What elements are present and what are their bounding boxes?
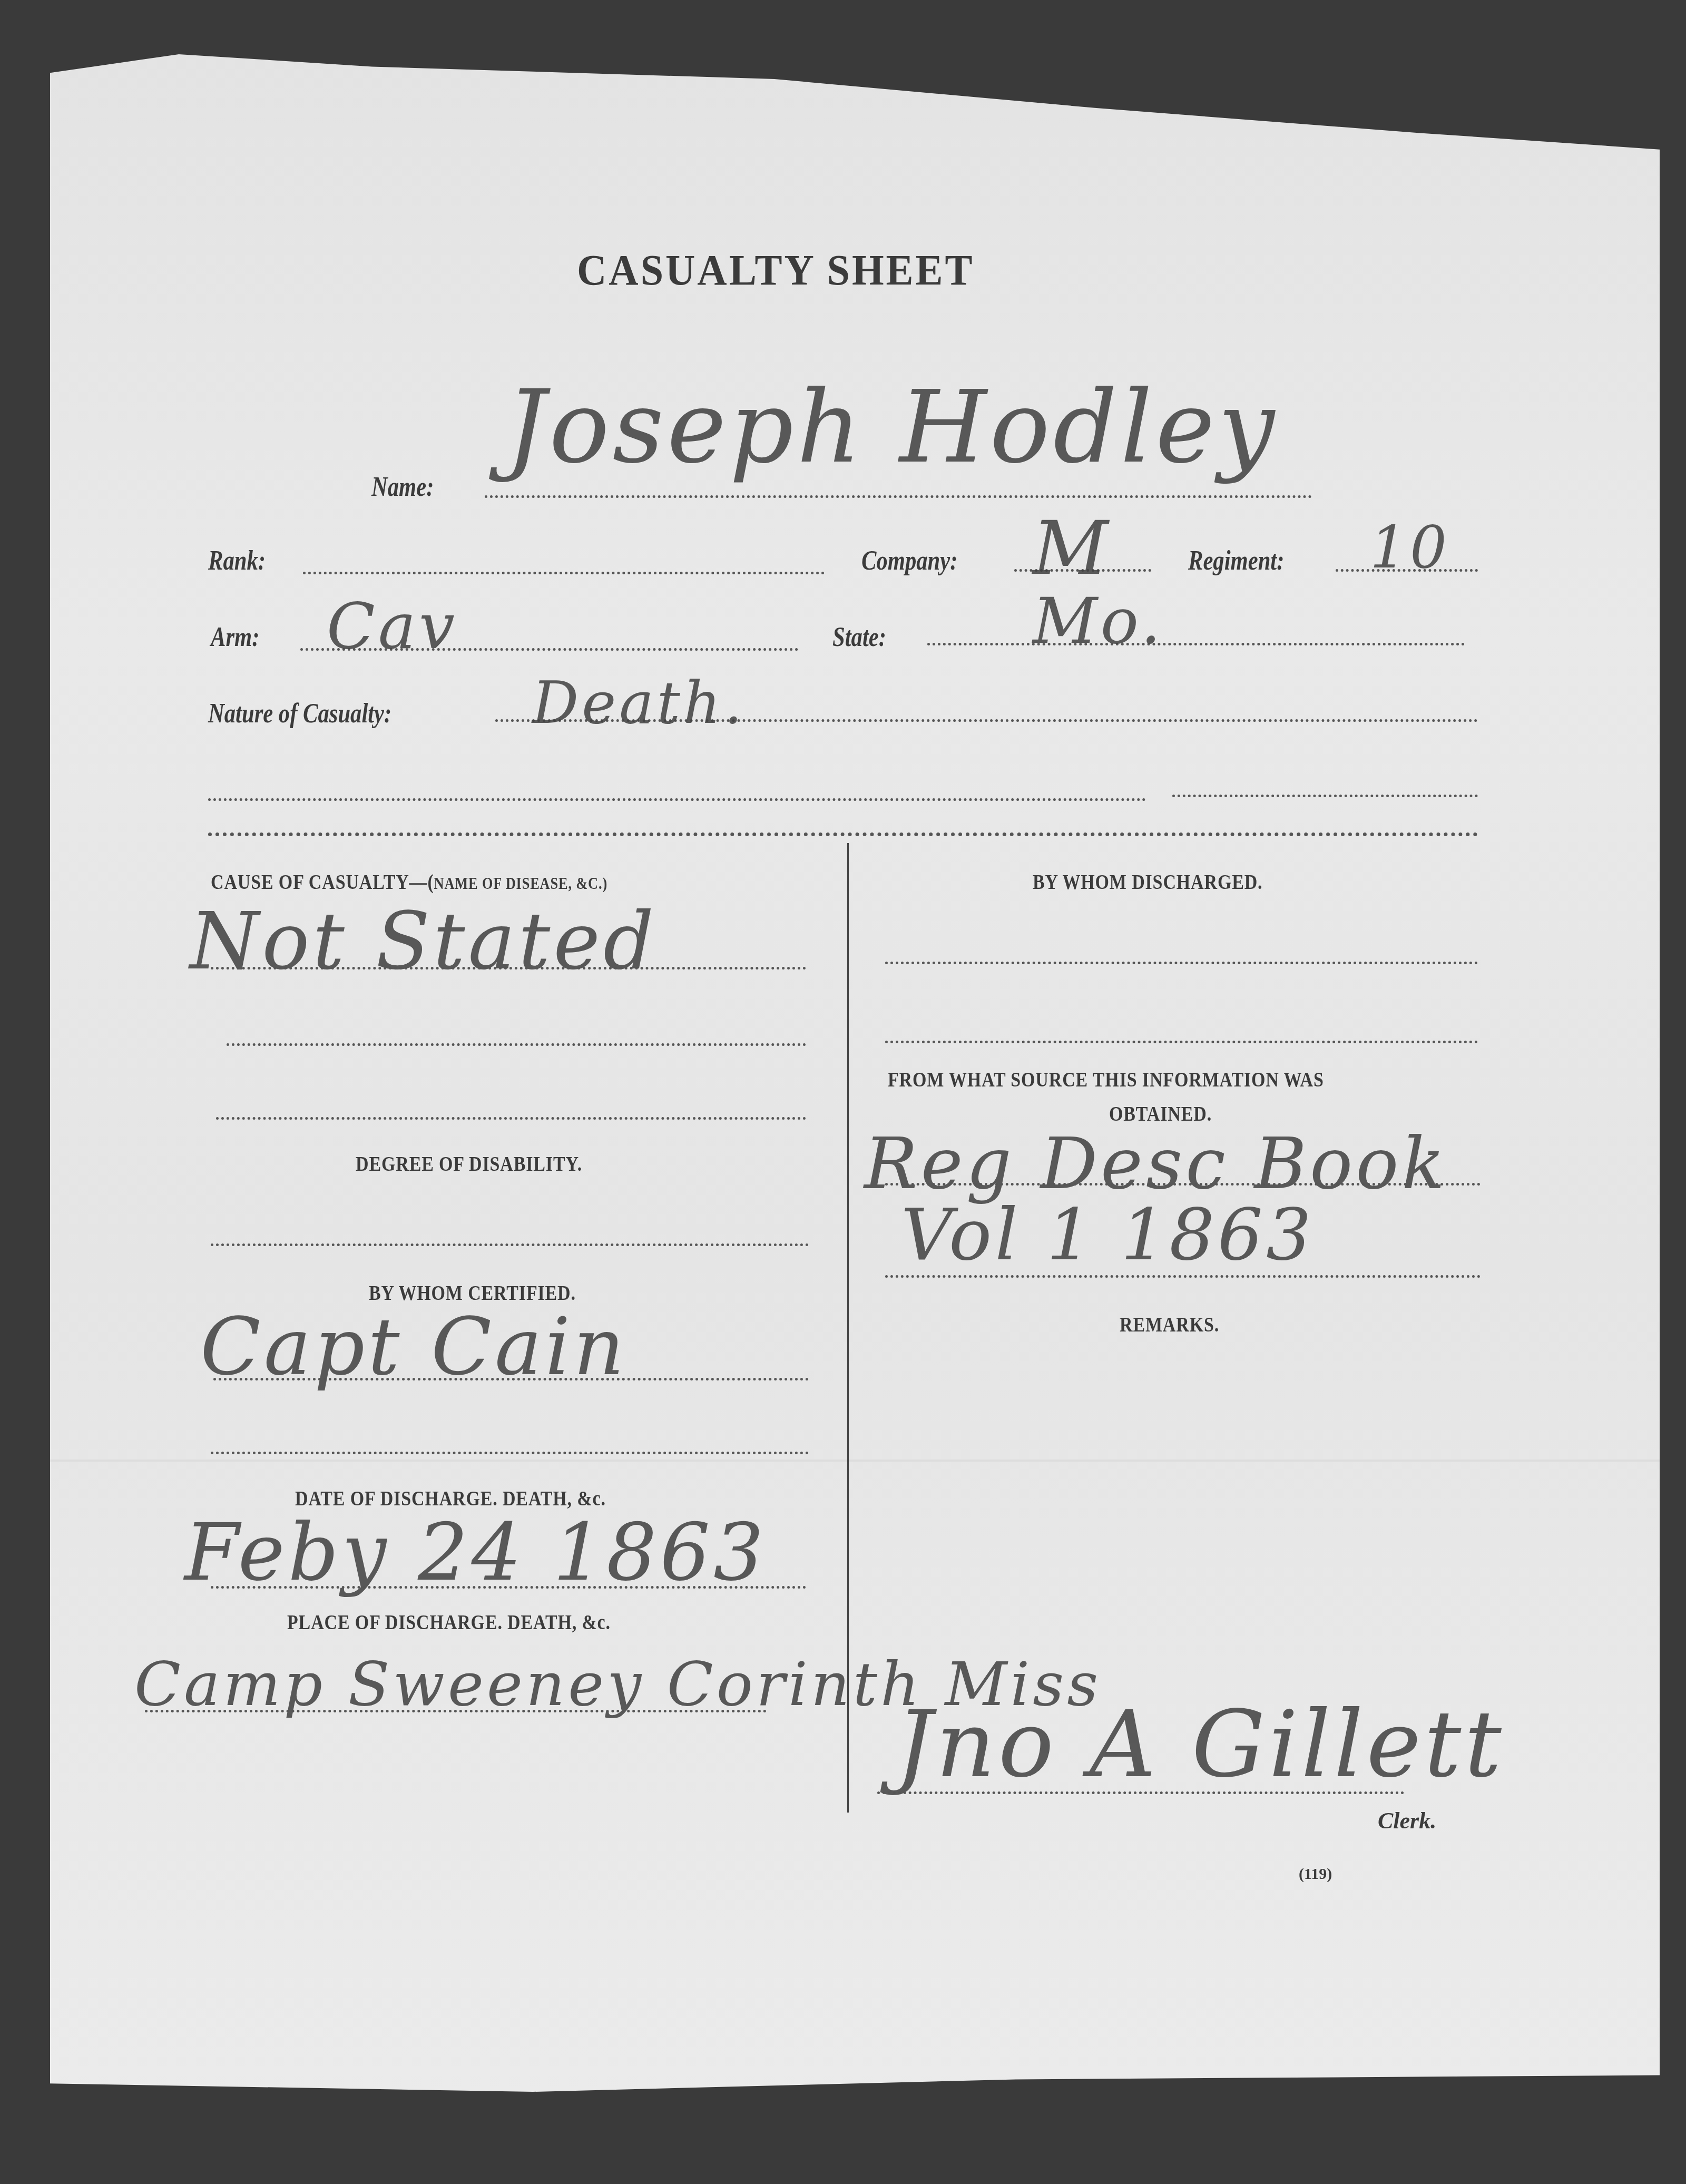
name-line <box>485 495 1312 498</box>
clerk-label: Clerk. <box>1378 1807 1436 1834</box>
cause-line <box>211 967 806 969</box>
degree-of-disability-heading: DEGREE OF DISABILITY. <box>356 1151 582 1176</box>
by-whom-discharged-heading: BY WHOM DISCHARGED. <box>1033 869 1262 894</box>
degree-line <box>211 1243 809 1246</box>
signature-line <box>877 1791 1404 1794</box>
nature-of-casualty-label: Nature of Casualty: <box>208 698 391 729</box>
source-line-2 <box>885 1275 1481 1278</box>
nature-of-casualty-value: Death. <box>532 669 746 737</box>
company-label: Company: <box>861 545 957 576</box>
certified-line <box>213 1378 809 1380</box>
cause-line-2 <box>227 1043 806 1046</box>
document-title: CASUALTY SHEET <box>577 246 975 296</box>
arm-value: Cav <box>327 590 458 663</box>
company-value: M <box>1033 506 1111 592</box>
section-divider <box>208 833 1478 836</box>
state-label: State: <box>832 622 886 653</box>
regiment-label: Regiment: <box>1188 545 1284 576</box>
regiment-value: 10 <box>1370 514 1450 581</box>
arm-label: Arm: <box>211 622 259 653</box>
blank-line <box>1172 795 1478 797</box>
form-number: (119) <box>1299 1865 1332 1883</box>
remarks-heading: REMARKS. <box>1120 1312 1219 1337</box>
blank-line <box>208 798 1146 801</box>
certified-line-2 <box>211 1452 809 1454</box>
name-value: Joseph Hodley <box>506 369 1278 485</box>
source-value-line1: Reg Desc Book <box>864 1122 1448 1205</box>
state-line <box>927 643 1465 645</box>
place-line <box>145 1710 767 1712</box>
date-line <box>211 1586 806 1589</box>
source-heading-line1: FROM WHAT SOURCE THIS INFORMATION WAS <box>888 1067 1324 1092</box>
state-value: Mo. <box>1033 585 1164 658</box>
cause-line-3 <box>216 1117 806 1120</box>
fold-crease <box>50 1460 1660 1462</box>
cause-value: Not Stated <box>190 896 657 987</box>
name-label: Name: <box>371 472 434 503</box>
rank-label: Rank: <box>208 545 266 576</box>
cause-heading: CAUSE OF CASUALTY—(NAME OF DISEASE, &C.) <box>211 869 607 894</box>
discharged-line-2 <box>885 1041 1478 1043</box>
rank-line <box>303 572 825 574</box>
clerk-signature: Jno A Gillett <box>896 1691 1505 1798</box>
date-of-death-value: Feby 24 1863 <box>184 1507 767 1599</box>
source-line <box>885 1183 1481 1186</box>
source-value-line2: Vol 1 1863 <box>901 1193 1315 1276</box>
place-of-death-heading: PLACE OF DISCHARGE. DEATH, &c. <box>287 1610 611 1634</box>
discharged-line <box>885 962 1478 964</box>
